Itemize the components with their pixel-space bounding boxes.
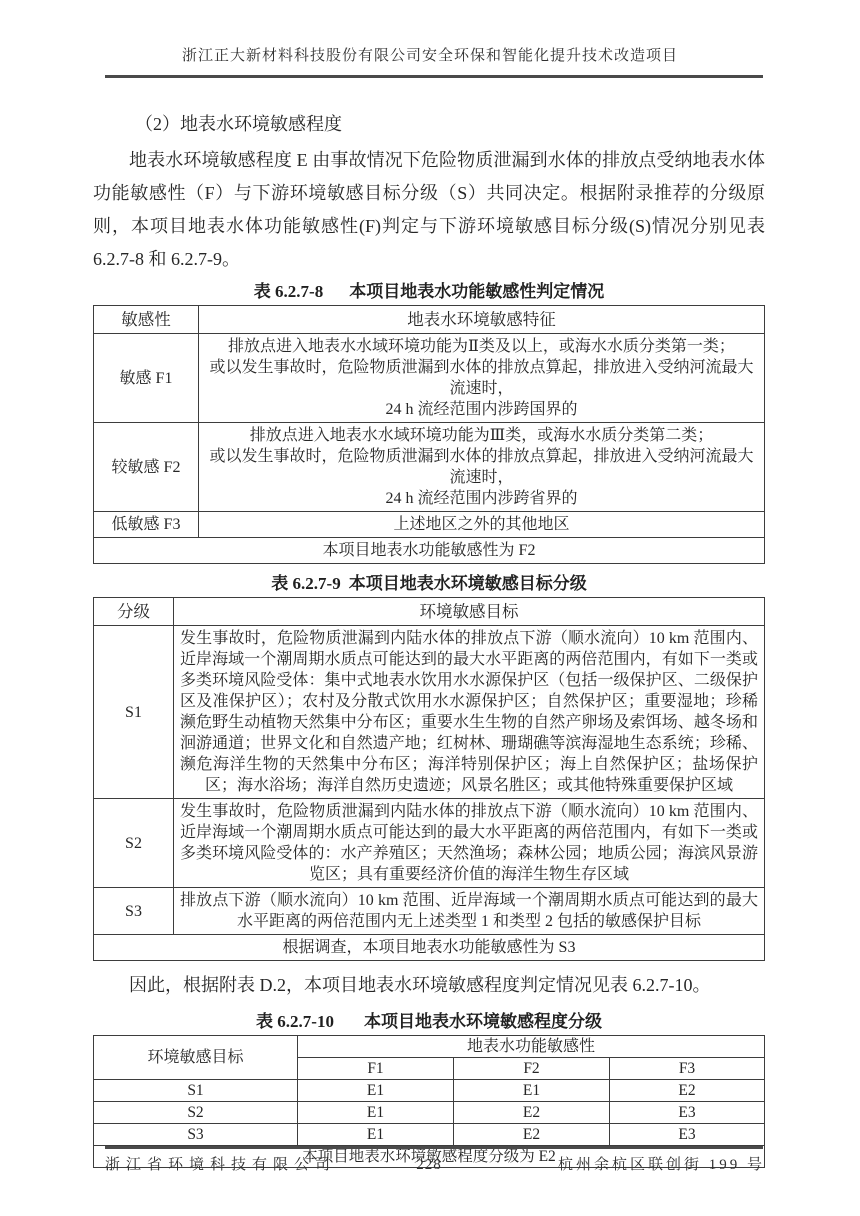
- table-header-row: 分级 环境敏感目标: [94, 598, 765, 626]
- page-header-title: 浙江正大新材料科技股份有限公司安全环保和智能化提升技术改造项目: [0, 46, 860, 66]
- table-header-row: 环境敏感目标 地表水功能敏感性: [94, 1036, 765, 1058]
- table-row-f1: 敏感 F1 排放点进入地表水水域环境功能为Ⅱ类及以上，或海水水质分类第一类； 或…: [94, 334, 765, 423]
- table-summary-row: 根据调查，本项目地表水功能敏感性为 S3: [94, 935, 765, 961]
- table8-caption-title: 本项目地表水功能敏感性判定情况: [349, 282, 604, 301]
- t10-cell-s1-f3: E2: [610, 1080, 765, 1102]
- t10-cell-s2-f2: E2: [454, 1102, 610, 1124]
- t9-level-s3: S3: [94, 888, 174, 935]
- table10-caption-number: 表 6.2.7-10: [256, 1012, 334, 1031]
- t8-desc-f3: 上述地区之外的其他地区: [199, 512, 765, 538]
- t9-level-s1: S1: [94, 626, 174, 799]
- header-rule: [105, 75, 763, 78]
- t8-desc-f2: 排放点进入地表水水域环境功能为Ⅲ类，或海水水质分类第二类； 或以发生事故时，危险…: [199, 423, 765, 512]
- t10-col-header-f1: F1: [298, 1058, 454, 1080]
- t9-summary: 根据调查，本项目地表水功能敏感性为 S3: [94, 935, 765, 961]
- table-row-s2: S2 E1 E2 E3: [94, 1102, 765, 1124]
- document-page: 浙江正大新材料科技股份有限公司安全环保和智能化提升技术改造项目 （2）地表水环境…: [0, 0, 860, 1216]
- t10-target-s3: S3: [94, 1124, 298, 1146]
- table8-caption-number: 表 6.2.7-8: [254, 282, 323, 301]
- table-header-row: 敏感性 地表水环境敏感特征: [94, 306, 765, 334]
- table-row-f2: 较敏感 F2 排放点进入地表水水域环境功能为Ⅲ类，或海水水质分类第二类； 或以发…: [94, 423, 765, 512]
- t10-row-header: 环境敏感目标: [94, 1036, 298, 1080]
- t8-level-f1: 敏感 F1: [94, 334, 199, 423]
- paragraph-intro: 地表水环境敏感程度 E 由事故情况下危险物质泄漏到水体的排放点受纳地表水体功能敏…: [93, 144, 765, 276]
- t10-col-header-f3: F3: [610, 1058, 765, 1080]
- table9-caption-title: 本项目地表水环境敏感目标分级: [349, 574, 587, 593]
- footer-rule: [105, 1146, 763, 1149]
- table-row-f3: 低敏感 F3 上述地区之外的其他地区: [94, 512, 765, 538]
- t10-target-s2: S2: [94, 1102, 298, 1124]
- table10-caption-title: 本项目地表水环境敏感程度分级: [364, 1012, 602, 1031]
- table10-caption: 表 6.2.7-10本项目地表水环境敏感程度分级: [93, 1012, 765, 1032]
- table-row-s3: S3 E1 E2 E3: [94, 1124, 765, 1146]
- t10-cell-s3-f3: E3: [610, 1124, 765, 1146]
- t8-level-f2: 较敏感 F2: [94, 423, 199, 512]
- t10-cell-s3-f1: E1: [298, 1124, 454, 1146]
- t9-desc-s2: 发生事故时，危险物质泄漏到内陆水体的排放点下游（顺水流向）10 km 范围内、近…: [174, 799, 765, 888]
- table-row-s1: S1 发生事故时，危险物质泄漏到内陆水体的排放点下游（顺水流向）10 km 范围…: [94, 626, 765, 799]
- table-summary-row: 本项目地表水功能敏感性为 F2: [94, 538, 765, 564]
- table9-caption: 表 6.2.7-9本项目地表水环境敏感目标分级: [93, 574, 765, 594]
- table-row-s2: S2 发生事故时，危险物质泄漏到内陆水体的排放点下游（顺水流向）10 km 范围…: [94, 799, 765, 888]
- table-row-s1: S1 E1 E1 E2: [94, 1080, 765, 1102]
- paragraph-conclusion: 因此，根据附表 D.2，本项目地表水环境敏感程度判定情况见表 6.2.7-10。: [93, 969, 765, 1002]
- t8-header-sensitivity: 敏感性: [94, 306, 199, 334]
- t9-header-target: 环境敏感目标: [174, 598, 765, 626]
- page-content: （2）地表水环境敏感程度 地表水环境敏感程度 E 由事故情况下危险物质泄漏到水体…: [93, 112, 765, 1168]
- t10-target-s1: S1: [94, 1080, 298, 1102]
- t8-level-f3: 低敏感 F3: [94, 512, 199, 538]
- table-sensitive-targets: 分级 环境敏感目标 S1 发生事故时，危险物质泄漏到内陆水体的排放点下游（顺水流…: [93, 597, 765, 961]
- t8-summary: 本项目地表水功能敏感性为 F2: [94, 538, 765, 564]
- t10-cell-s2-f1: E1: [298, 1102, 454, 1124]
- t10-cell-s1-f1: E1: [298, 1080, 454, 1102]
- t10-col-header-f2: F2: [454, 1058, 610, 1080]
- t9-level-s2: S2: [94, 799, 174, 888]
- table-row-s3: S3 排放点下游（顺水流向）10 km 范围、近岸海域一个潮周期水质点可能达到的…: [94, 888, 765, 935]
- table-function-sensitivity: 敏感性 地表水环境敏感特征 敏感 F1 排放点进入地表水水域环境功能为Ⅱ类及以上…: [93, 305, 765, 564]
- t10-cell-s3-f2: E2: [454, 1124, 610, 1146]
- t9-desc-s1: 发生事故时，危险物质泄漏到内陆水体的排放点下游（顺水流向）10 km 范围内、近…: [174, 626, 765, 799]
- table9-caption-number: 表 6.2.7-9: [271, 574, 340, 593]
- footer-address: 杭州余杭区联创街 199 号: [558, 1155, 765, 1175]
- t10-cell-s1-f2: E1: [454, 1080, 610, 1102]
- t8-desc-f1: 排放点进入地表水水域环境功能为Ⅱ类及以上，或海水水质分类第一类； 或以发生事故时…: [199, 334, 765, 423]
- t9-header-grade: 分级: [94, 598, 174, 626]
- t8-header-feature: 地表水环境敏感特征: [199, 306, 765, 334]
- section-heading: （2）地表水环境敏感程度: [135, 112, 765, 136]
- t10-cell-s2-f3: E3: [610, 1102, 765, 1124]
- t10-col-group-header: 地表水功能敏感性: [298, 1036, 765, 1058]
- table8-caption: 表 6.2.7-8本项目地表水功能敏感性判定情况: [93, 282, 765, 302]
- t9-desc-s3: 排放点下游（顺水流向）10 km 范围、近岸海域一个潮周期水质点可能达到的最大水…: [174, 888, 765, 935]
